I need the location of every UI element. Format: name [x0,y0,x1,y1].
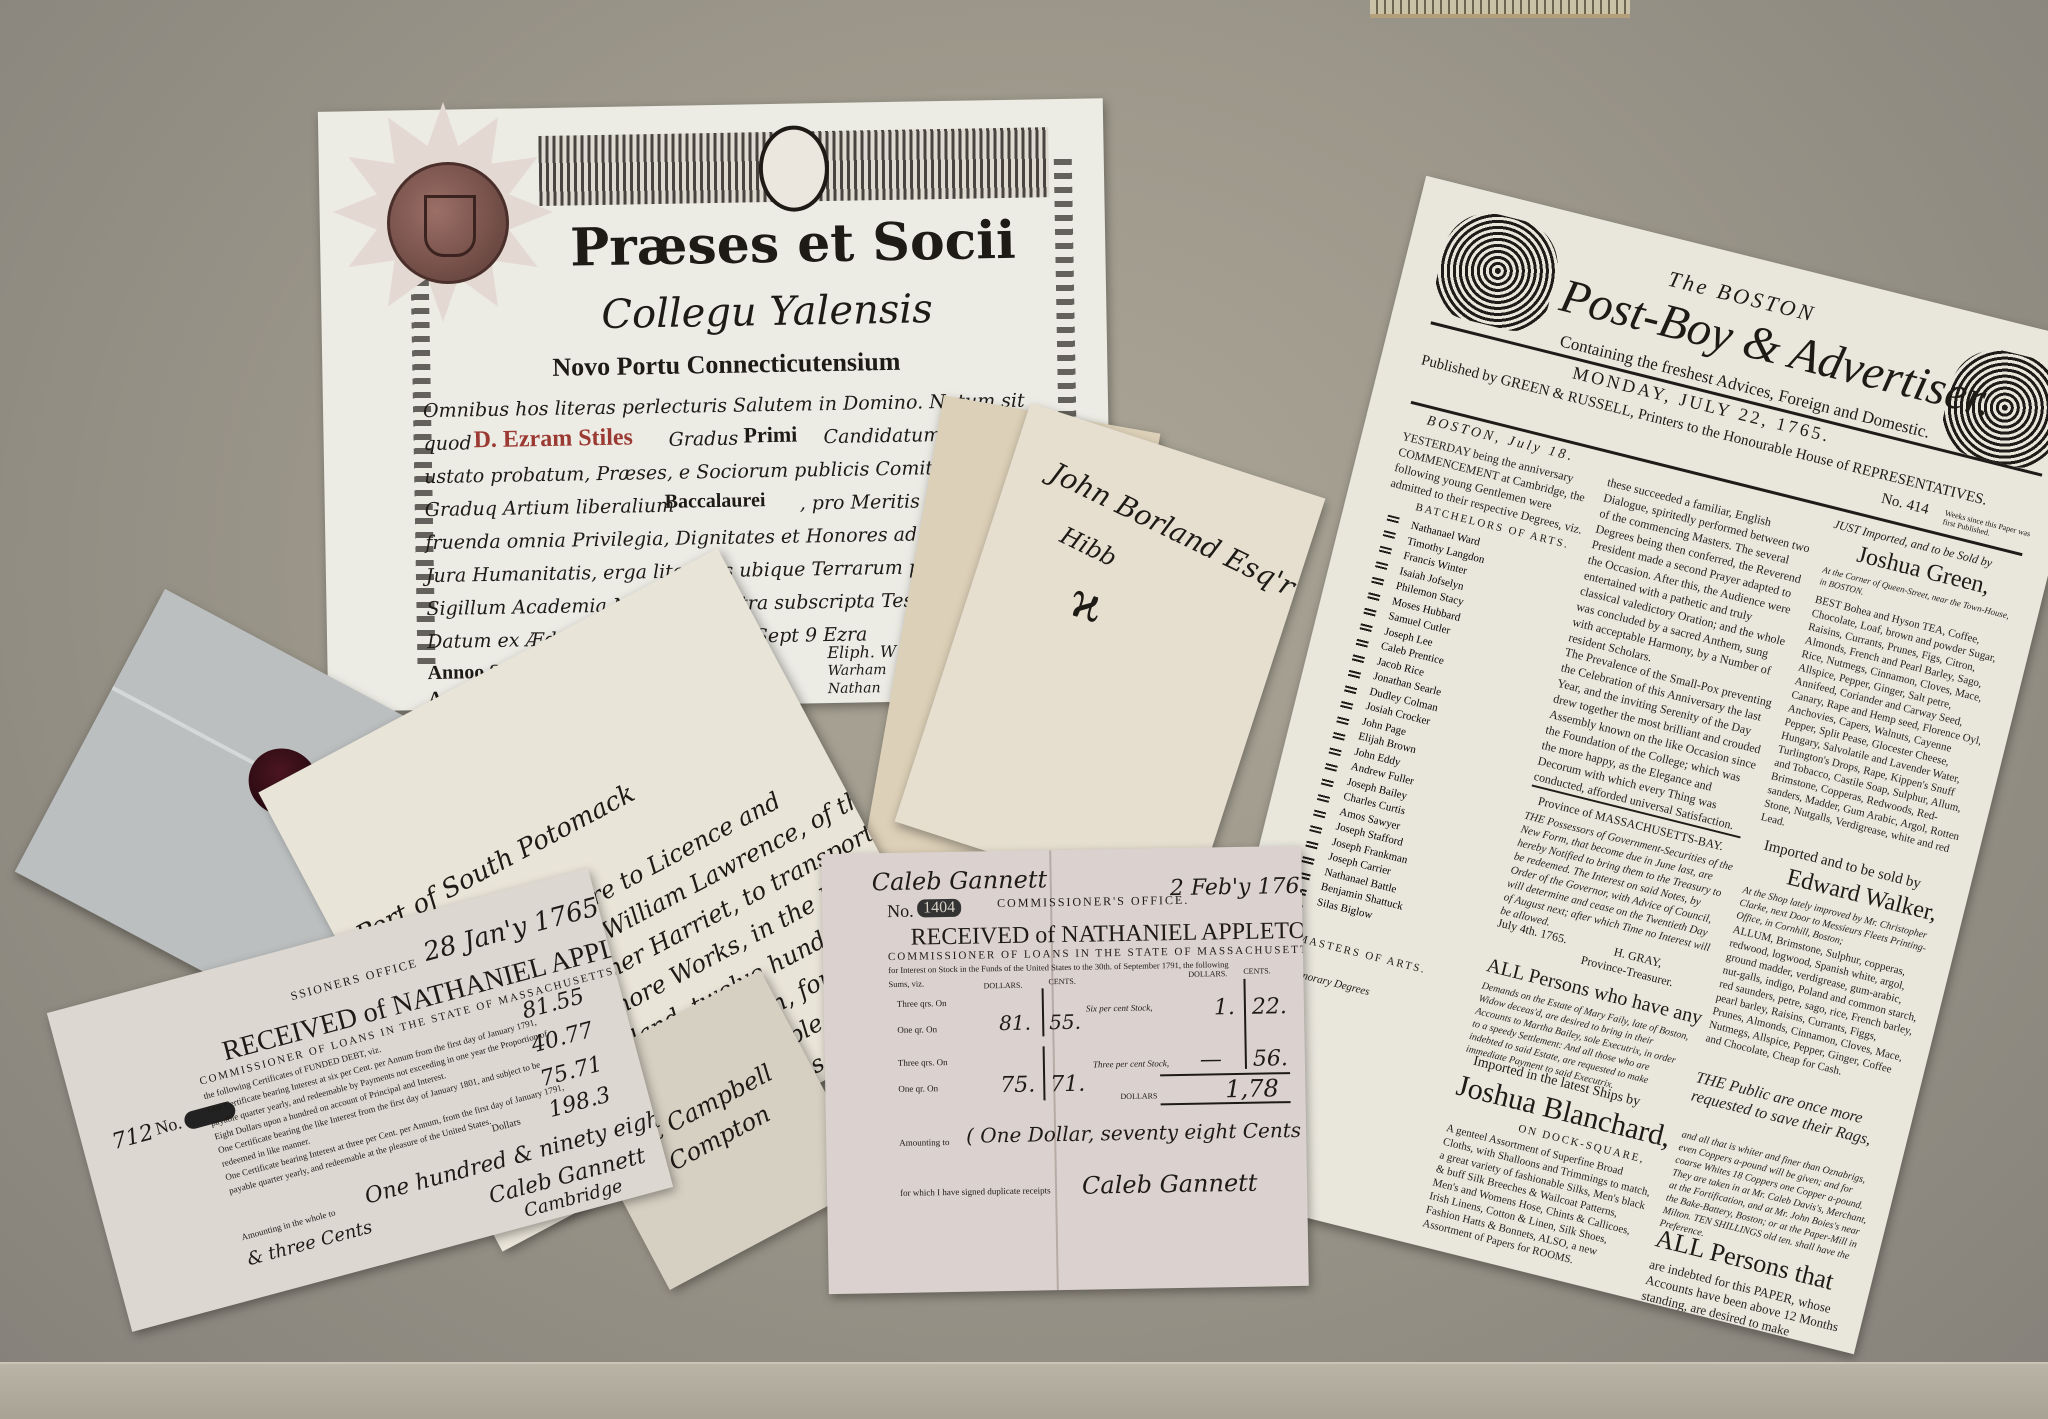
amount-label: Amounting to [899,1137,949,1148]
ship-woodcut-icon [1429,204,1567,339]
column-header-dollars: DOLLARS. [983,981,1022,991]
paper-fold-crease [1049,850,1059,1290]
shield-icon [424,195,476,257]
receipt-date: 2 Feb'y 1765 [1170,874,1309,902]
amount-in-words-2: & three Cents [245,1217,375,1271]
appleton-receipt-1404: Caleb Gannett No. 1404 COMMISSIONER'S OF… [821,846,1309,1294]
weeks-note: Weeks since this Paper was first Publish… [1942,508,2043,550]
office-label: COMMISSIONER'S OFFICE. [997,893,1189,911]
receipt-number-label: No. [153,1112,184,1139]
row-dollars: 75. [1000,1073,1035,1099]
flourish-mark: ϰ [1063,567,1111,635]
stock-dollars: 1. [1214,995,1235,1020]
signature: Caleb Gannett [1082,1169,1258,1200]
row-label: One qr. On [897,1024,937,1035]
diploma-location: Novo Portu Connecticutensium [552,347,901,383]
column-rule [1042,988,1045,1036]
diploma-line: Omnibus hos literas perlecturis Salutem … [423,390,1025,422]
blanchard-ad: A genteel Assortment of Superfine Broad … [1421,1121,1657,1282]
amount-in-words: ( One Dollar, seventy eight Cents ) [966,1118,1309,1148]
amount: 40.77 [529,1018,596,1058]
diploma-title: Præses et Socii [570,210,1017,279]
masters-header: MASTERS OF ARTS. [1296,933,1427,977]
recipient-name: D. Ezram Stiles [473,424,633,454]
receipt-note: for which I have signed duplicate receip… [900,1185,1051,1198]
total-label: DOLLARS [1120,1091,1157,1101]
signature: Eliph. W [827,642,896,662]
diploma-line: Baccalaurei [664,489,765,514]
stock-type: Three per cent Stock, [1093,1058,1169,1069]
college-seal-icon [387,162,509,284]
receipt-line: Sums, viz. [888,978,924,989]
letter-address-line-2: Hibb [1056,521,1122,572]
row-label: Three qrs. On [898,1057,948,1068]
handwritten-name: Caleb Gannett [871,865,1047,896]
column-rule [1043,1046,1046,1100]
diploma-line: Primi [743,422,797,449]
diploma-line: Gradus [668,428,738,451]
issue-number: No. 414 [1879,491,1930,519]
row-cents: 55. [1049,1010,1081,1035]
total-amount: 1,78 [1225,1074,1279,1103]
diploma-line: fruenda omnia Privilegia, Dignitates et … [425,522,1000,554]
wax-seal-with-rosette [335,110,555,330]
column-header-cents: CENTS. [1243,966,1270,975]
receipt-number-handwritten: 712 [109,1120,156,1155]
column-header-dollars: DOLLARS. [1188,969,1227,979]
row-cents: 71. [1050,1072,1085,1098]
diploma-subtitle: Collegu Yalensis [601,286,933,338]
stock-cents: 22. [1252,994,1287,1020]
column-rule [1243,979,1247,1069]
row-dollars: 81. [999,1011,1031,1036]
receipt-number-label: No. [887,901,914,922]
row-label: Three qrs. On [897,998,947,1009]
signature: Warham [828,662,887,679]
total-rule [1161,1101,1291,1105]
diploma-line: Candidatum [823,424,941,448]
diploma-line: quod [423,432,471,455]
stock-cents: 56. [1253,1046,1288,1072]
floral-border-right [1054,159,1077,419]
stock-type: Six per cent Stock, [1086,1002,1153,1013]
signature: Nathan [828,680,881,697]
total-label: Dollars [491,1116,522,1134]
receipt-number: 1404 [917,899,961,918]
diploma-line: Graduq Artium liberalium [425,495,675,521]
partial-document-top-edge [1370,0,1630,18]
green-ad: BEST Bohea and Hyson TEA, Coffee, Chocol… [1759,593,2011,872]
table-edge [0,1362,2048,1419]
row-label: One qr. On [898,1083,938,1094]
column-header-cents: CENTS. [1048,977,1075,986]
stock-dollars: — [1200,1047,1222,1072]
